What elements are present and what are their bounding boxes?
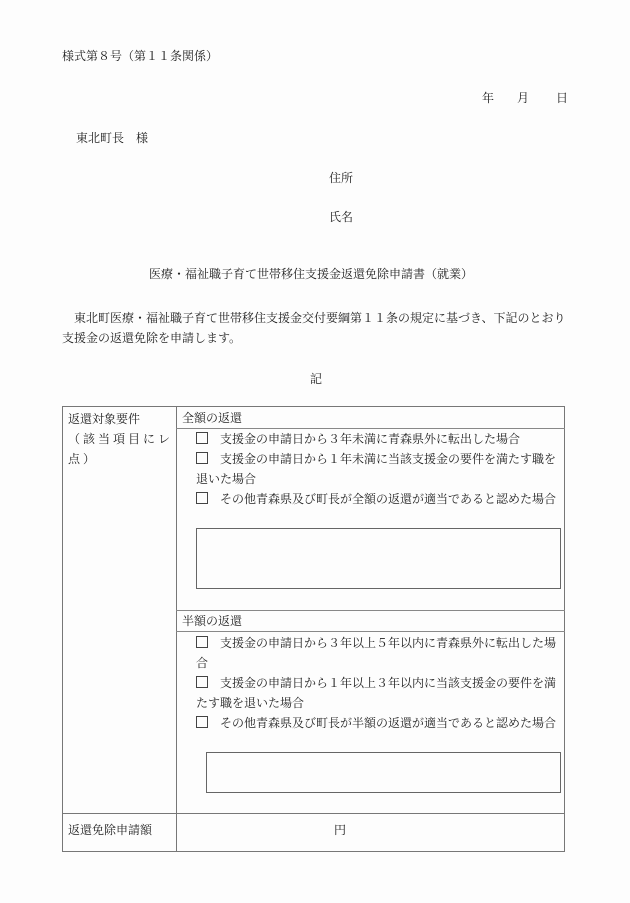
date-month-label: 月	[517, 92, 529, 104]
half-item-3-text: その他青森県及び町長が半額の返還が適当であると認めた場合	[220, 716, 556, 730]
full-item-2-text: 支援金の申請日から１年未満に当該支援金の要件を満たす職を退いた場合	[196, 452, 556, 486]
half-item-2[interactable]: 支援金の申請日から１年以上３年以内に当該支援金の要件を満たす職を退いた場合	[196, 673, 561, 713]
half-repayment-heading: 半額の返還	[182, 611, 242, 631]
checkbox-half-3[interactable]	[196, 716, 208, 728]
half-item-1[interactable]: 支援金の申請日から３年以上５年以内に青森県外に転出した場合	[196, 633, 561, 673]
full-item-1-text: 支援金の申請日から３年未満に青森県外に転出した場合	[220, 432, 520, 446]
checkbox-full-2[interactable]	[196, 452, 208, 464]
full-other-reason-textbox[interactable]	[196, 528, 561, 589]
document-title: 医療・福祉職子育て世帯移住支援金返還免除申請書（就業）	[149, 268, 473, 280]
checkbox-half-1[interactable]	[196, 636, 208, 648]
full-item-3[interactable]: その他青森県及び町長が全額の返還が適当であると認めた場合	[196, 489, 561, 509]
requirement-label-line1: 返還対象要件	[68, 409, 173, 429]
form-number: 様式第８号（第１１条関係）	[62, 50, 218, 62]
full-repayment-heading: 全額の返還	[182, 408, 242, 428]
ki-label: 記	[310, 373, 322, 385]
addressee: 東北町長 様	[76, 132, 148, 144]
amount-input[interactable]	[177, 814, 565, 852]
half-item-2-text: 支援金の申請日から１年以上３年以内に当該支援金の要件を満たす職を退いた場合	[196, 676, 556, 710]
checkbox-full-1[interactable]	[196, 432, 208, 444]
checkbox-half-2[interactable]	[196, 676, 208, 688]
date-year-label: 年	[482, 92, 494, 104]
checkbox-full-3[interactable]	[196, 492, 208, 504]
name-label: 氏名	[329, 211, 353, 223]
full-item-2[interactable]: 支援金の申請日から１年未満に当該支援金の要件を満たす職を退いた場合	[196, 449, 561, 489]
full-item-3-text: その他青森県及び町長が全額の返還が適当であると認めた場合	[220, 492, 556, 506]
half-item-1-text: 支援金の申請日から３年以上５年以内に青森県外に転出した場合	[196, 636, 556, 670]
application-table: 返還対象要件 （該当項目にレ点） 全額の返還 支援金の申請日から３年未満に青森県…	[62, 406, 565, 852]
full-item-1[interactable]: 支援金の申請日から３年未満に青森県外に転出した場合	[196, 429, 561, 449]
half-other-reason-textbox[interactable]	[206, 752, 561, 793]
requirement-label: 返還対象要件 （該当項目にレ点）	[68, 409, 173, 469]
amount-label: 返還免除申請額	[68, 824, 152, 836]
body-paragraph: 東北町医療・福祉職子育て世帯移住支援金交付要綱第１１条の規定に基づき、下記のとお…	[62, 308, 570, 348]
requirement-label-line2: （該当項目にレ点）	[68, 429, 173, 469]
half-heading-divider	[176, 631, 565, 632]
date-day-label: 日	[556, 92, 568, 104]
address-label: 住所	[329, 172, 353, 184]
half-item-3[interactable]: その他青森県及び町長が半額の返還が適当であると認めた場合	[196, 713, 561, 733]
